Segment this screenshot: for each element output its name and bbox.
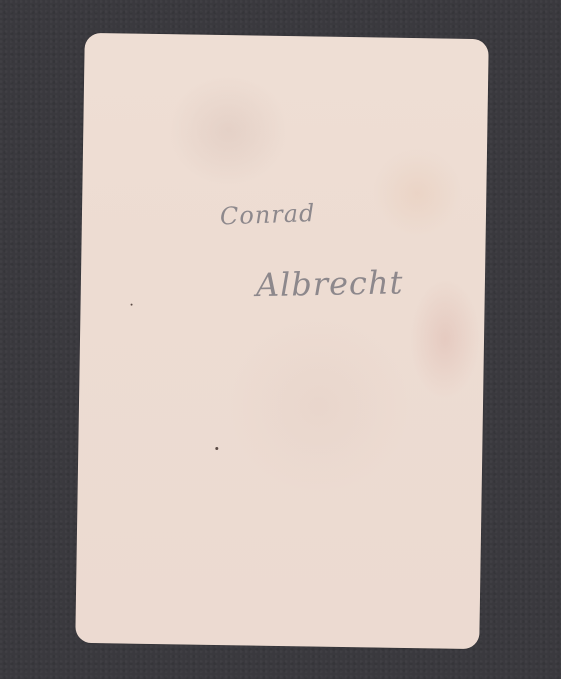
handwritten-first-name: Conrad [220, 199, 316, 230]
paper-tone [75, 33, 489, 649]
handwritten-last-name: Albrecht [256, 263, 404, 304]
stain [167, 74, 289, 186]
stain [409, 278, 481, 399]
stain [228, 315, 411, 498]
photo-card-back: Conrad Albrecht [75, 33, 489, 649]
stain [372, 147, 463, 238]
speck [215, 447, 218, 450]
speck [131, 304, 133, 306]
